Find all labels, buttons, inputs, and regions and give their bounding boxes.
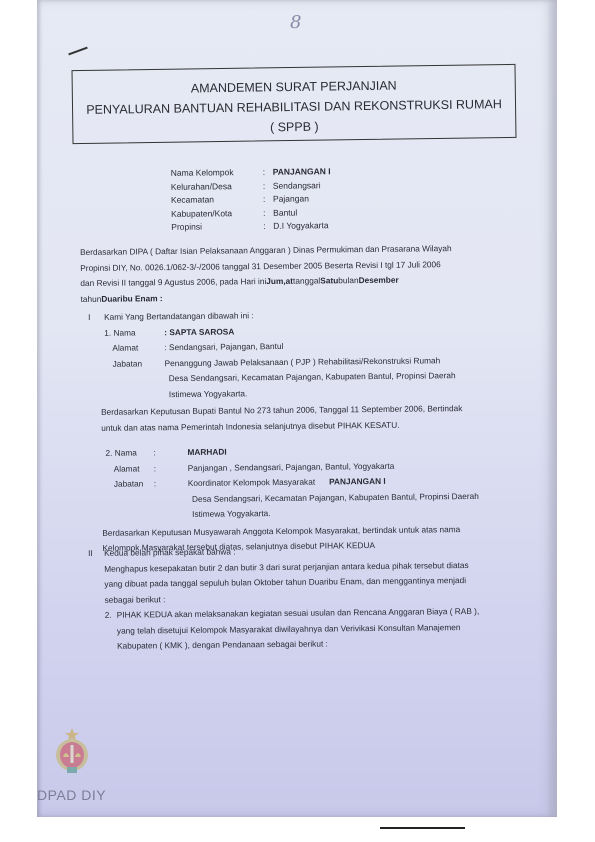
info-colon: : (263, 166, 273, 180)
info-value: Sendangsari (273, 179, 321, 193)
group-info: Nama Kelompok : PANJANGAN I Kelurahan/De… (171, 165, 332, 234)
year: Duaribu Enam : (101, 291, 162, 307)
day: Jum,at (266, 274, 293, 290)
info-value: Bantul (273, 206, 297, 220)
item-number: 2. (105, 608, 117, 624)
colon: : (153, 445, 187, 461)
footer-line (380, 827, 465, 829)
emblem-icon (53, 727, 91, 777)
party2-group: PANJANGAN I (329, 474, 386, 490)
info-colon: : (263, 193, 273, 207)
field-label: 2. Nama (105, 445, 153, 461)
intro-paragraph: Berdasarkan DIPA ( Daftar Isian Pelaksan… (80, 241, 452, 307)
section-numeral: II (88, 546, 104, 562)
month: Desember (358, 273, 398, 289)
section-heading: Kami Yang Bertandatangan dibawah ini : (104, 308, 254, 325)
party1-basis: untuk dan atas nama Pemerintah Indonesia… (89, 416, 478, 436)
section-2: II Kedua belah pihak sepakat bahwa : Men… (88, 542, 480, 655)
section-heading: Kedua belah pihak sepakat bahwa : (104, 544, 236, 561)
info-label: Propinsi (171, 220, 263, 234)
info-label: Kecamatan (171, 193, 263, 207)
field-label: Alamat (112, 340, 164, 356)
info-label: Kelurahan/Desa (171, 179, 263, 193)
text: bulan (338, 273, 358, 289)
party1-name: : SAPTA SAROSA (164, 324, 234, 340)
section-numeral: I (88, 310, 104, 326)
title-line-2: PENYALURAN BANTUAN REHABILITASI DAN REKO… (73, 97, 515, 117)
info-row: Kecamatan : Pajangan (171, 192, 331, 207)
text: tanggal (293, 273, 320, 289)
section-1: I Kami Yang Bertandatangan dibawah ini :… (88, 306, 479, 557)
party2-name: MARHADI (187, 445, 226, 461)
colon: : (154, 476, 188, 492)
info-value: D.I Yogyakarta (273, 219, 328, 233)
party1-position: Istimewa Yogyakarta. (89, 383, 478, 403)
info-value: Pajangan (273, 192, 309, 206)
info-colon: : (263, 179, 273, 193)
field-label: Jabatan (114, 476, 154, 492)
text: tahun (80, 291, 101, 307)
title-line-1: AMANDEMEN SURAT PERJANJIAN (73, 77, 515, 97)
field-label: Alamat (114, 461, 154, 477)
title-line-3: ( SPPB ) (73, 117, 515, 137)
colon: : (154, 460, 188, 476)
page-number: 8 (290, 12, 301, 33)
text: dan Revisi II tanggal 9 Agustus 2006, pa… (80, 274, 266, 291)
info-colon: : (263, 220, 273, 234)
info-value: PANJANGAN I (273, 165, 331, 179)
party2-position: Koordinator Kelompok Masyarakat (188, 475, 315, 492)
info-colon: : (263, 206, 273, 220)
field-label: Jabatan (112, 356, 164, 372)
info-row: Propinsi : D.I Yogyakarta (171, 219, 331, 234)
field-label: 1. Nama (104, 325, 164, 341)
watermark: DPAD DIY (37, 787, 106, 803)
date: Satu (320, 273, 338, 289)
title-box: AMANDEMEN SURAT PERJANJIAN PENYALURAN BA… (72, 64, 517, 144)
info-label: Kabupaten/Kota (171, 206, 263, 220)
party1-address: : Sendangsari, Pajangan, Bantul (164, 339, 283, 356)
info-label: Nama Kelompok (171, 166, 263, 180)
party2-position: Istimewa Yogyakarta. (90, 504, 479, 524)
